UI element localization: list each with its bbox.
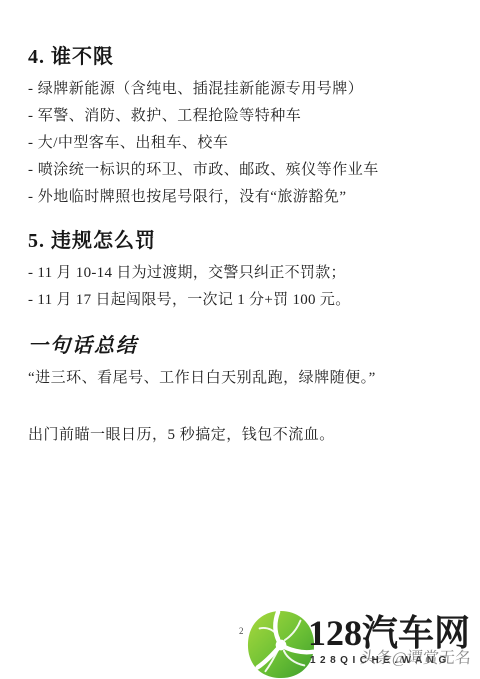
list-item: - 外地临时牌照也按尾号限行，没有“旅游豁免” <box>28 189 458 206</box>
article-body: 4. 谁不限 - 绿牌新能源（含纯电、插混挂新能源专用号牌） - 军警、消防、救… <box>28 40 458 444</box>
list-item: - 绿牌新能源（含纯电、插混挂新能源专用号牌） <box>28 81 458 98</box>
brand-name: 128汽车网 <box>308 614 480 652</box>
list-item: - 喷涂统一标识的环卫、市政、邮政、殡仪等作业车 <box>28 162 458 179</box>
list-item: - 大/中型客车、出租车、校车 <box>28 135 458 152</box>
toutiao-watermark: 头条@谭赏无名 <box>359 649 471 669</box>
page-number: 2 <box>239 626 244 636</box>
closing-line: 出门前瞄一眼日历，5 秒搞定，钱包不流血。 <box>28 423 458 444</box>
penalty-list: - 11 月 10-14 日为过渡期，交警只纠正不罚款； - 11 月 17 日… <box>28 265 458 309</box>
article-page: 4. 谁不限 - 绿牌新能源（含纯电、插混挂新能源专用号牌） - 军警、消防、救… <box>0 0 480 679</box>
list-item: - 军警、消防、救护、工程抢险等特种车 <box>28 108 458 125</box>
section-heading-penalty: 5. 违规怎么罚 <box>28 224 458 253</box>
list-item: - 11 月 10-14 日为过渡期，交警只纠正不罚款； <box>28 265 458 282</box>
leaf-ball-icon <box>246 609 316 679</box>
summary-quote: “进三环、看尾号、工作日白天别乱跑，绿牌随便。” <box>28 370 458 387</box>
list-item: - 11 月 17 日起闯限号，一次记 1 分+罚 100 元。 <box>28 292 458 309</box>
section-heading-who-exempt: 4. 谁不限 <box>28 40 458 69</box>
summary-heading: 一句话总结 <box>28 329 458 358</box>
